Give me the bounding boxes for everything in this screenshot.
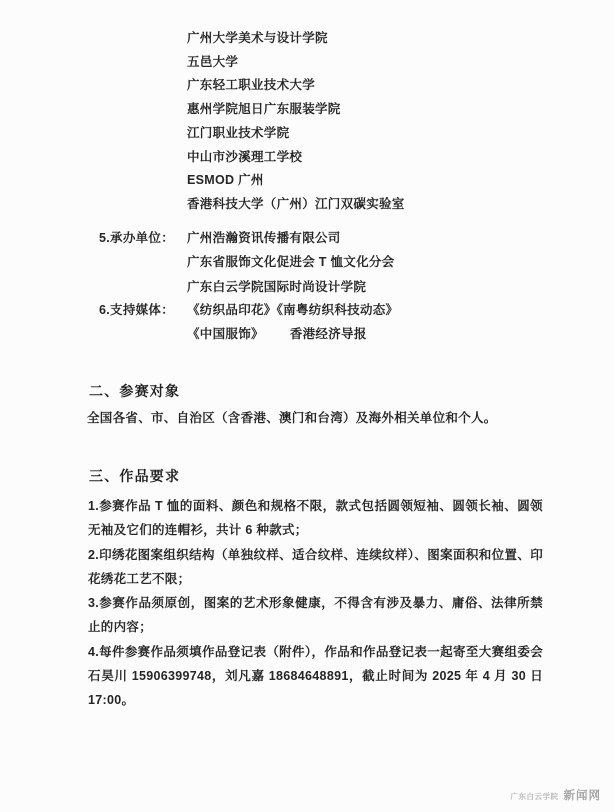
institution-list: 广州大学美术与设计学院 五邑大学 广东轻工职业技术大学 惠州学院旭日广东服装学院… <box>187 27 405 217</box>
watermark: 广东白云学院 新闻网 <box>511 787 602 803</box>
organizer-item: 广东白云学院国际时尚设计学院 <box>187 275 394 299</box>
institution-item: 惠州学院旭日广东服装学院 <box>187 98 405 122</box>
institution-item: 江门职业技术学院 <box>187 122 405 146</box>
media-section: 6.支持媒体： 《纺织品印花》《南粤纺织科技动态》 《中国服饰》香港经济导报 <box>99 298 398 347</box>
requirements-list: 1.参赛作品 T 恤的面料、颜色和规格不限，款式包括圆领短袖、圆领长袖、圆领无袖… <box>88 494 543 713</box>
organizer-item: 广东省服饰文化促进会 T 恤文化分会 <box>187 250 394 274</box>
institution-item: 广东轻工职业技术大学 <box>187 74 405 98</box>
organizer-item: 广州浩瀚资讯传播有限公司 <box>187 226 394 250</box>
document-page: 广州大学美术与设计学院 五邑大学 广东轻工职业技术大学 惠州学院旭日广东服装学院… <box>0 0 614 812</box>
media-item: 《纺织品印花》《南粤纺织科技动态》 <box>187 298 398 322</box>
media-label: 6.支持媒体： <box>99 298 187 322</box>
watermark-news-label: 新闻网 <box>564 787 602 803</box>
institution-item: 中山市沙溪理工学校 <box>187 146 405 170</box>
institution-item: 香港科技大学（广州）江门双碳实验室 <box>187 193 405 217</box>
requirement-item: 1.参赛作品 T 恤的面料、颜色和规格不限，款式包括圆领短袖、圆领长袖、圆领无袖… <box>88 494 543 543</box>
media-item-left: 《中国服饰》 <box>187 327 264 341</box>
institution-item: 广州大学美术与设计学院 <box>187 27 405 51</box>
institution-item: ESMOD 广州 <box>187 169 405 193</box>
participants-heading: 二、参赛对象 <box>89 381 180 402</box>
organizers-list: 广州浩瀚资讯传播有限公司 广东省服饰文化促进会 T 恤文化分会 广东白云学院国际… <box>187 226 394 299</box>
organizers-section: 5.承办单位： 广州浩瀚资讯传播有限公司 广东省服饰文化促进会 T 恤文化分会 … <box>99 226 394 299</box>
requirement-item: 3.参赛作品须原创，图案的艺术形象健康，不得含有涉及暴力、庸俗、法律所禁止的内容… <box>88 591 543 640</box>
requirements-heading: 三、作品要求 <box>89 466 180 487</box>
requirement-item: 2.印绣花图案组织结构（单独纹样、适合纹样、连续纹样）、图案面积和位置、印花绣花… <box>88 543 543 592</box>
media-item-right: 香港经济导报 <box>290 327 367 341</box>
requirement-item: 4.每件参赛作品须填作品登记表（附件），作品和作品登记表一起寄至大赛组委会石昊川… <box>88 640 543 713</box>
participants-body: 全国各省、市、自治区（含香港、澳门和台湾）及海外相关单位和个人。 <box>87 406 557 430</box>
institution-item: 五邑大学 <box>187 51 405 75</box>
organizers-label: 5.承办单位： <box>99 226 187 250</box>
media-item: 《中国服饰》香港经济导报 <box>187 322 398 346</box>
watermark-site-name: 广东白云学院 <box>511 791 559 802</box>
media-list: 《纺织品印花》《南粤纺织科技动态》 《中国服饰》香港经济导报 <box>187 298 398 347</box>
